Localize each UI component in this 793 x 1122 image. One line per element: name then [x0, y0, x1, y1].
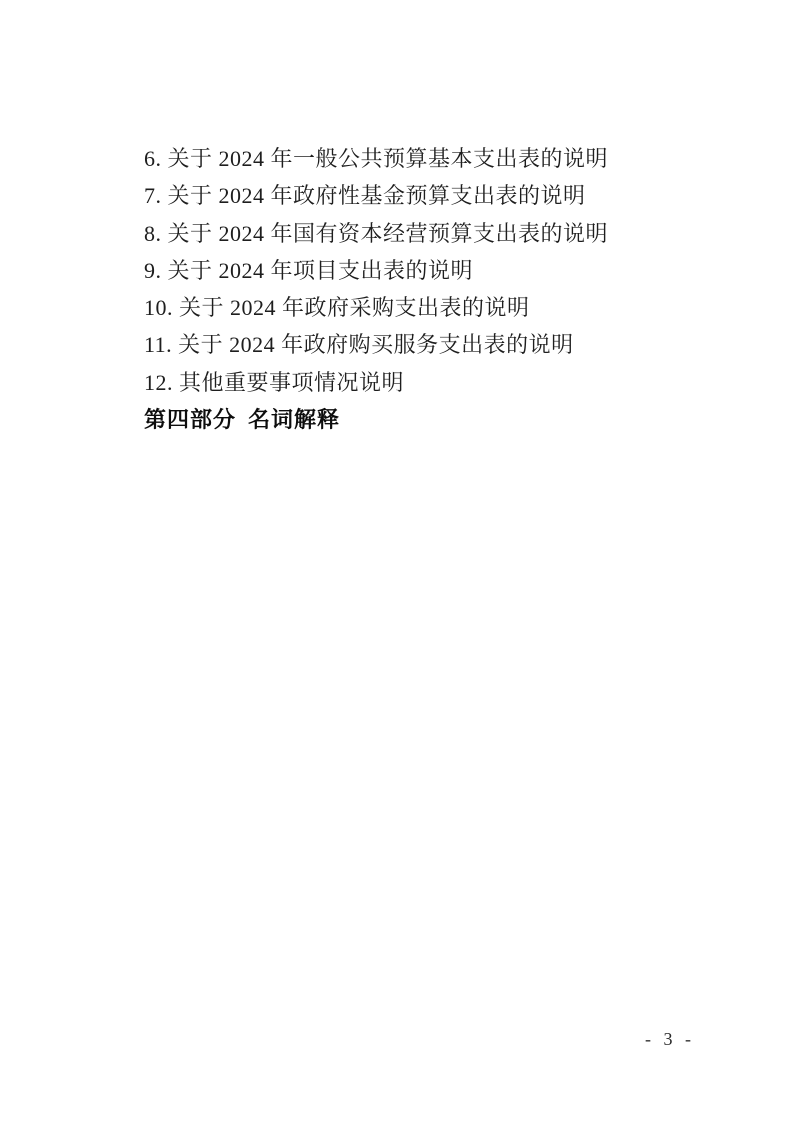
document-page: 6. 关于 2024 年一般公共预算基本支出表的说明 7. 关于 2024 年政…	[0, 0, 793, 1122]
toc-item-11: 11. 关于 2024 年政府购买服务支出表的说明	[144, 326, 664, 363]
section-heading-part-four: 第四部分 名词解释	[144, 401, 664, 439]
toc-item-10: 10. 关于 2024 年政府采购支出表的说明	[144, 289, 664, 326]
table-of-contents: 6. 关于 2024 年一般公共预算基本支出表的说明 7. 关于 2024 年政…	[144, 140, 664, 439]
toc-item-7: 7. 关于 2024 年政府性基金预算支出表的说明	[144, 177, 664, 214]
toc-item-8: 8. 关于 2024 年国有资本经营预算支出表的说明	[144, 215, 664, 252]
toc-item-9: 9. 关于 2024 年项目支出表的说明	[144, 252, 664, 289]
toc-item-12: 12. 其他重要事项情况说明	[144, 364, 664, 401]
toc-item-6: 6. 关于 2024 年一般公共预算基本支出表的说明	[144, 140, 664, 177]
page-number: - 3 -	[645, 1029, 695, 1050]
